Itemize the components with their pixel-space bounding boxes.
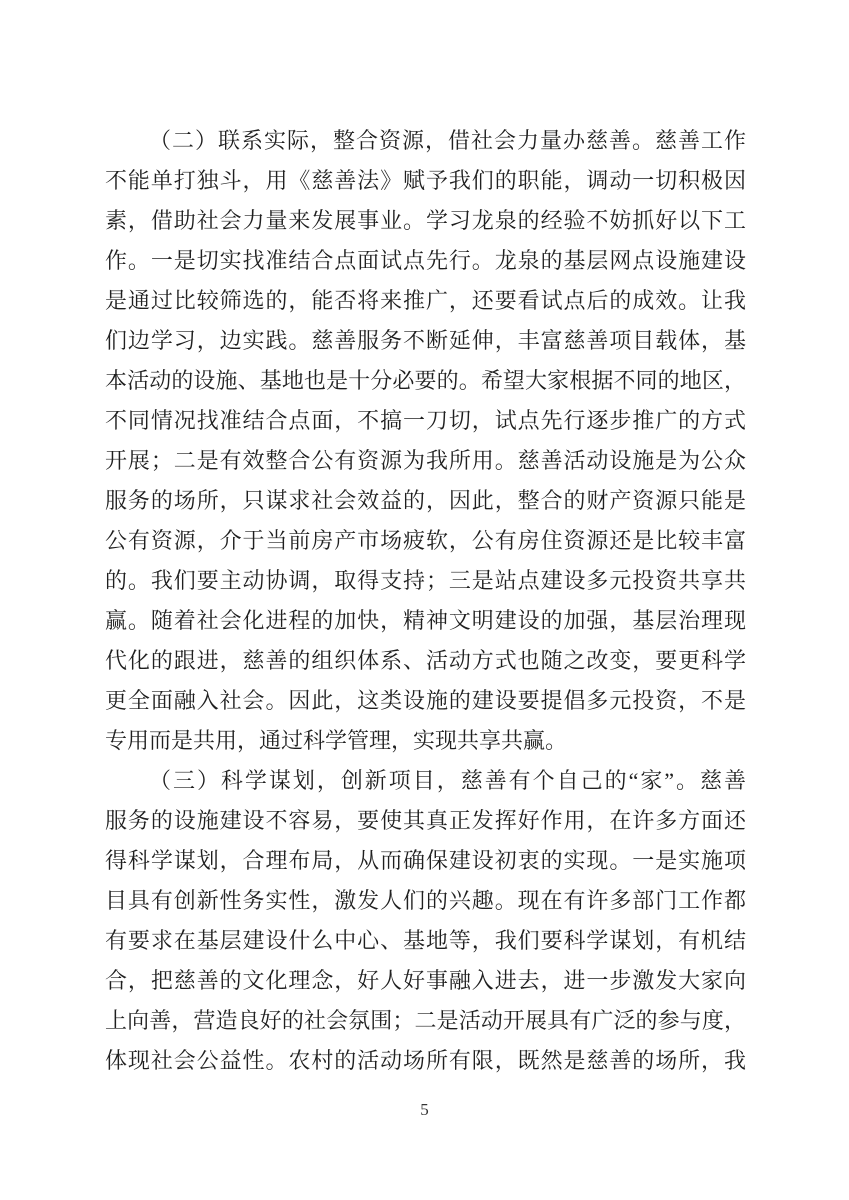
- document-body: （二）联系实际，整合资源，借社会力量办慈善。慈善工作 不能单打独斗，用《慈善法》…: [105, 121, 746, 1081]
- text-line: 不能单打独斗，用《慈善法》赋予我们的职能，调动一切积极因: [105, 161, 746, 201]
- text-line: 服务的设施建设不容易，要使其真正发挥好作用，在许多方面还: [105, 801, 746, 841]
- text-line: 服务的场所，只谋求社会效益的，因此，整合的财产资源只能是: [105, 481, 746, 521]
- text-line: 的。我们要主动协调，取得支持；三是站点建设多元投资共享共: [105, 561, 746, 601]
- text-line: 目具有创新性务实性，激发人们的兴趣。现在有许多部门工作都: [105, 881, 746, 921]
- text-line: （二）联系实际，整合资源，借社会力量办慈善。慈善工作: [105, 121, 746, 161]
- text-line: 公有资源，介于当前房产市场疲软，公有房住资源还是比较丰富: [105, 521, 746, 561]
- text-line: 体现社会公益性。农村的活动场所有限，既然是慈善的场所，我: [105, 1041, 746, 1081]
- text-line: 本活动的设施、基地也是十分必要的。希望大家根据不同的地区，: [105, 361, 746, 401]
- page-number: 5: [420, 1100, 429, 1119]
- text-line: 代化的跟进，慈善的组织体系、活动方式也随之改变，要更科学: [105, 641, 746, 681]
- text-line: 素，借助社会力量来发展事业。学习龙泉的经验不妨抓好以下工: [105, 201, 746, 241]
- text-line: （三）科学谋划，创新项目，慈善有个自己的“家”。慈善: [105, 761, 746, 801]
- text-line: 得科学谋划，合理布局，从而确保建设初衷的实现。一是实施项: [105, 841, 746, 881]
- text-line: 开展；二是有效整合公有资源为我所用。慈善活动设施是为公众: [105, 441, 746, 481]
- text-line: 们边学习，边实践。慈善服务不断延伸，丰富慈善项目载体，基: [105, 321, 746, 361]
- text-line: 作。一是切实找准结合点面试点先行。龙泉的基层网点设施建设: [105, 241, 746, 281]
- text-line: 赢。随着社会化进程的加快，精神文明建设的加强，基层治理现: [105, 601, 746, 641]
- paragraph-2: （二）联系实际，整合资源，借社会力量办慈善。慈善工作 不能单打独斗，用《慈善法》…: [105, 121, 746, 761]
- text-line: 更全面融入社会。因此，这类设施的建设要提倡多元投资，不是: [105, 681, 746, 721]
- paragraph-3: （三）科学谋划，创新项目，慈善有个自己的“家”。慈善 服务的设施建设不容易，要使…: [105, 761, 746, 1081]
- text-line: 专用而是共用，通过科学管理，实现共享共赢。: [105, 721, 746, 761]
- text-line: 是通过比较筛选的，能否将来推广，还要看试点后的成效。让我: [105, 281, 746, 321]
- text-line: 合，把慈善的文化理念，好人好事融入进去，进一步激发大家向: [105, 961, 746, 1001]
- page-footer: 5: [0, 1098, 849, 1122]
- text-line: 上向善，营造良好的社会氛围；二是活动开展具有广泛的参与度，: [105, 1001, 746, 1041]
- text-line: 不同情况找准结合点面，不搞一刀切，试点先行逐步推广的方式: [105, 401, 746, 441]
- document-page: （二）联系实际，整合资源，借社会力量办慈善。慈善工作 不能单打独斗，用《慈善法》…: [0, 0, 849, 1200]
- text-line: 有要求在基层建设什么中心、基地等，我们要科学谋划，有机结: [105, 921, 746, 961]
